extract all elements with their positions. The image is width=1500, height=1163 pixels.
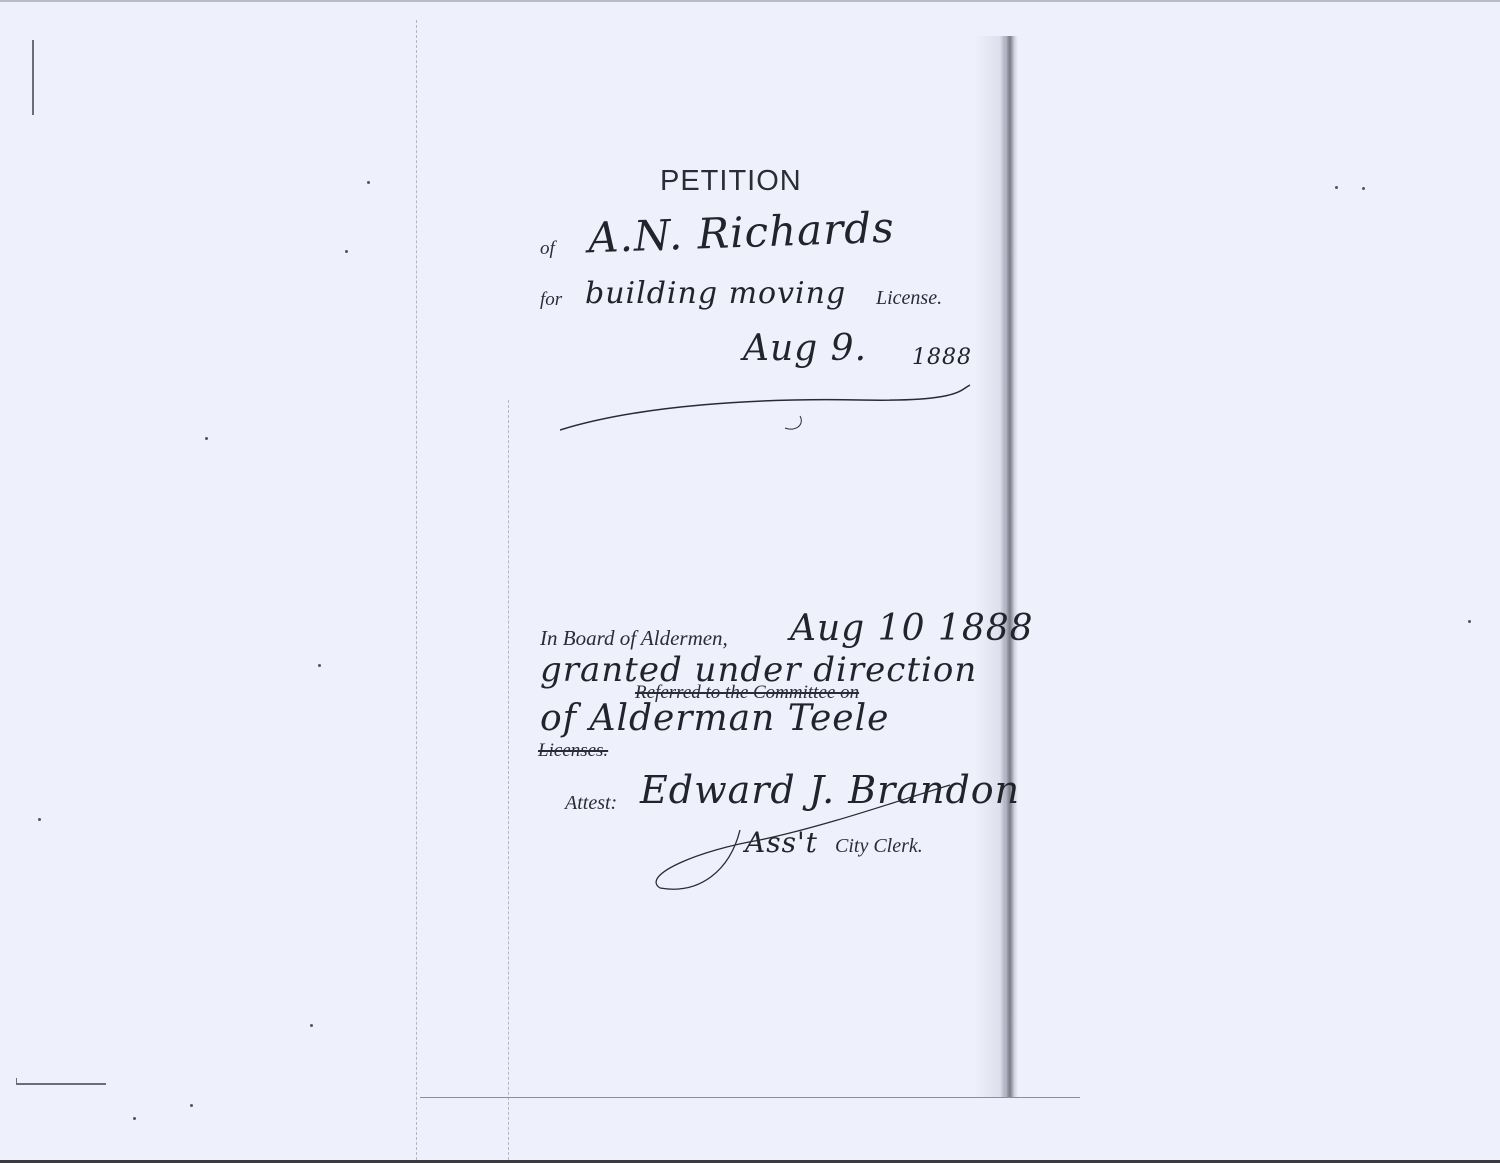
page-fold [1000,36,1018,1098]
document-title: PETITION [660,165,802,198]
signature-flourish [640,780,980,900]
bottom-rule [420,1097,1080,1098]
board-label: In Board of Aldermen, [540,626,728,651]
license-label: License. [876,287,942,310]
for-label: for [540,289,562,311]
flourish-underline [560,380,980,440]
speck [190,1104,193,1107]
page-top-edge [0,0,1500,2]
speck [1362,187,1365,190]
speck [1335,186,1338,189]
speck [367,181,370,184]
margin-mark-bottom [16,1083,106,1085]
of-label: of [540,238,555,260]
printed-licenses-struck: Licenses. [538,740,608,762]
speck [1468,620,1471,623]
perforation-line-inner [508,400,509,1160]
attest-label: Attest: [565,792,617,815]
action-line-2: of Alderman Teele [540,698,889,739]
speck [133,1117,136,1120]
petitioner-name: A.N. Richards [587,203,895,263]
margin-mark-tick [16,1078,17,1085]
speck [310,1024,313,1027]
filed-date: Aug 9. [743,328,867,369]
perforation-line [416,20,417,1160]
license-purpose: building moving [585,276,846,311]
speck [38,818,41,821]
speck [345,250,348,253]
margin-mark [32,40,34,115]
board-date: Aug 10 1888 [790,608,1034,649]
filed-year: 1888 [912,345,972,370]
speck [318,664,321,667]
speck [205,437,208,440]
